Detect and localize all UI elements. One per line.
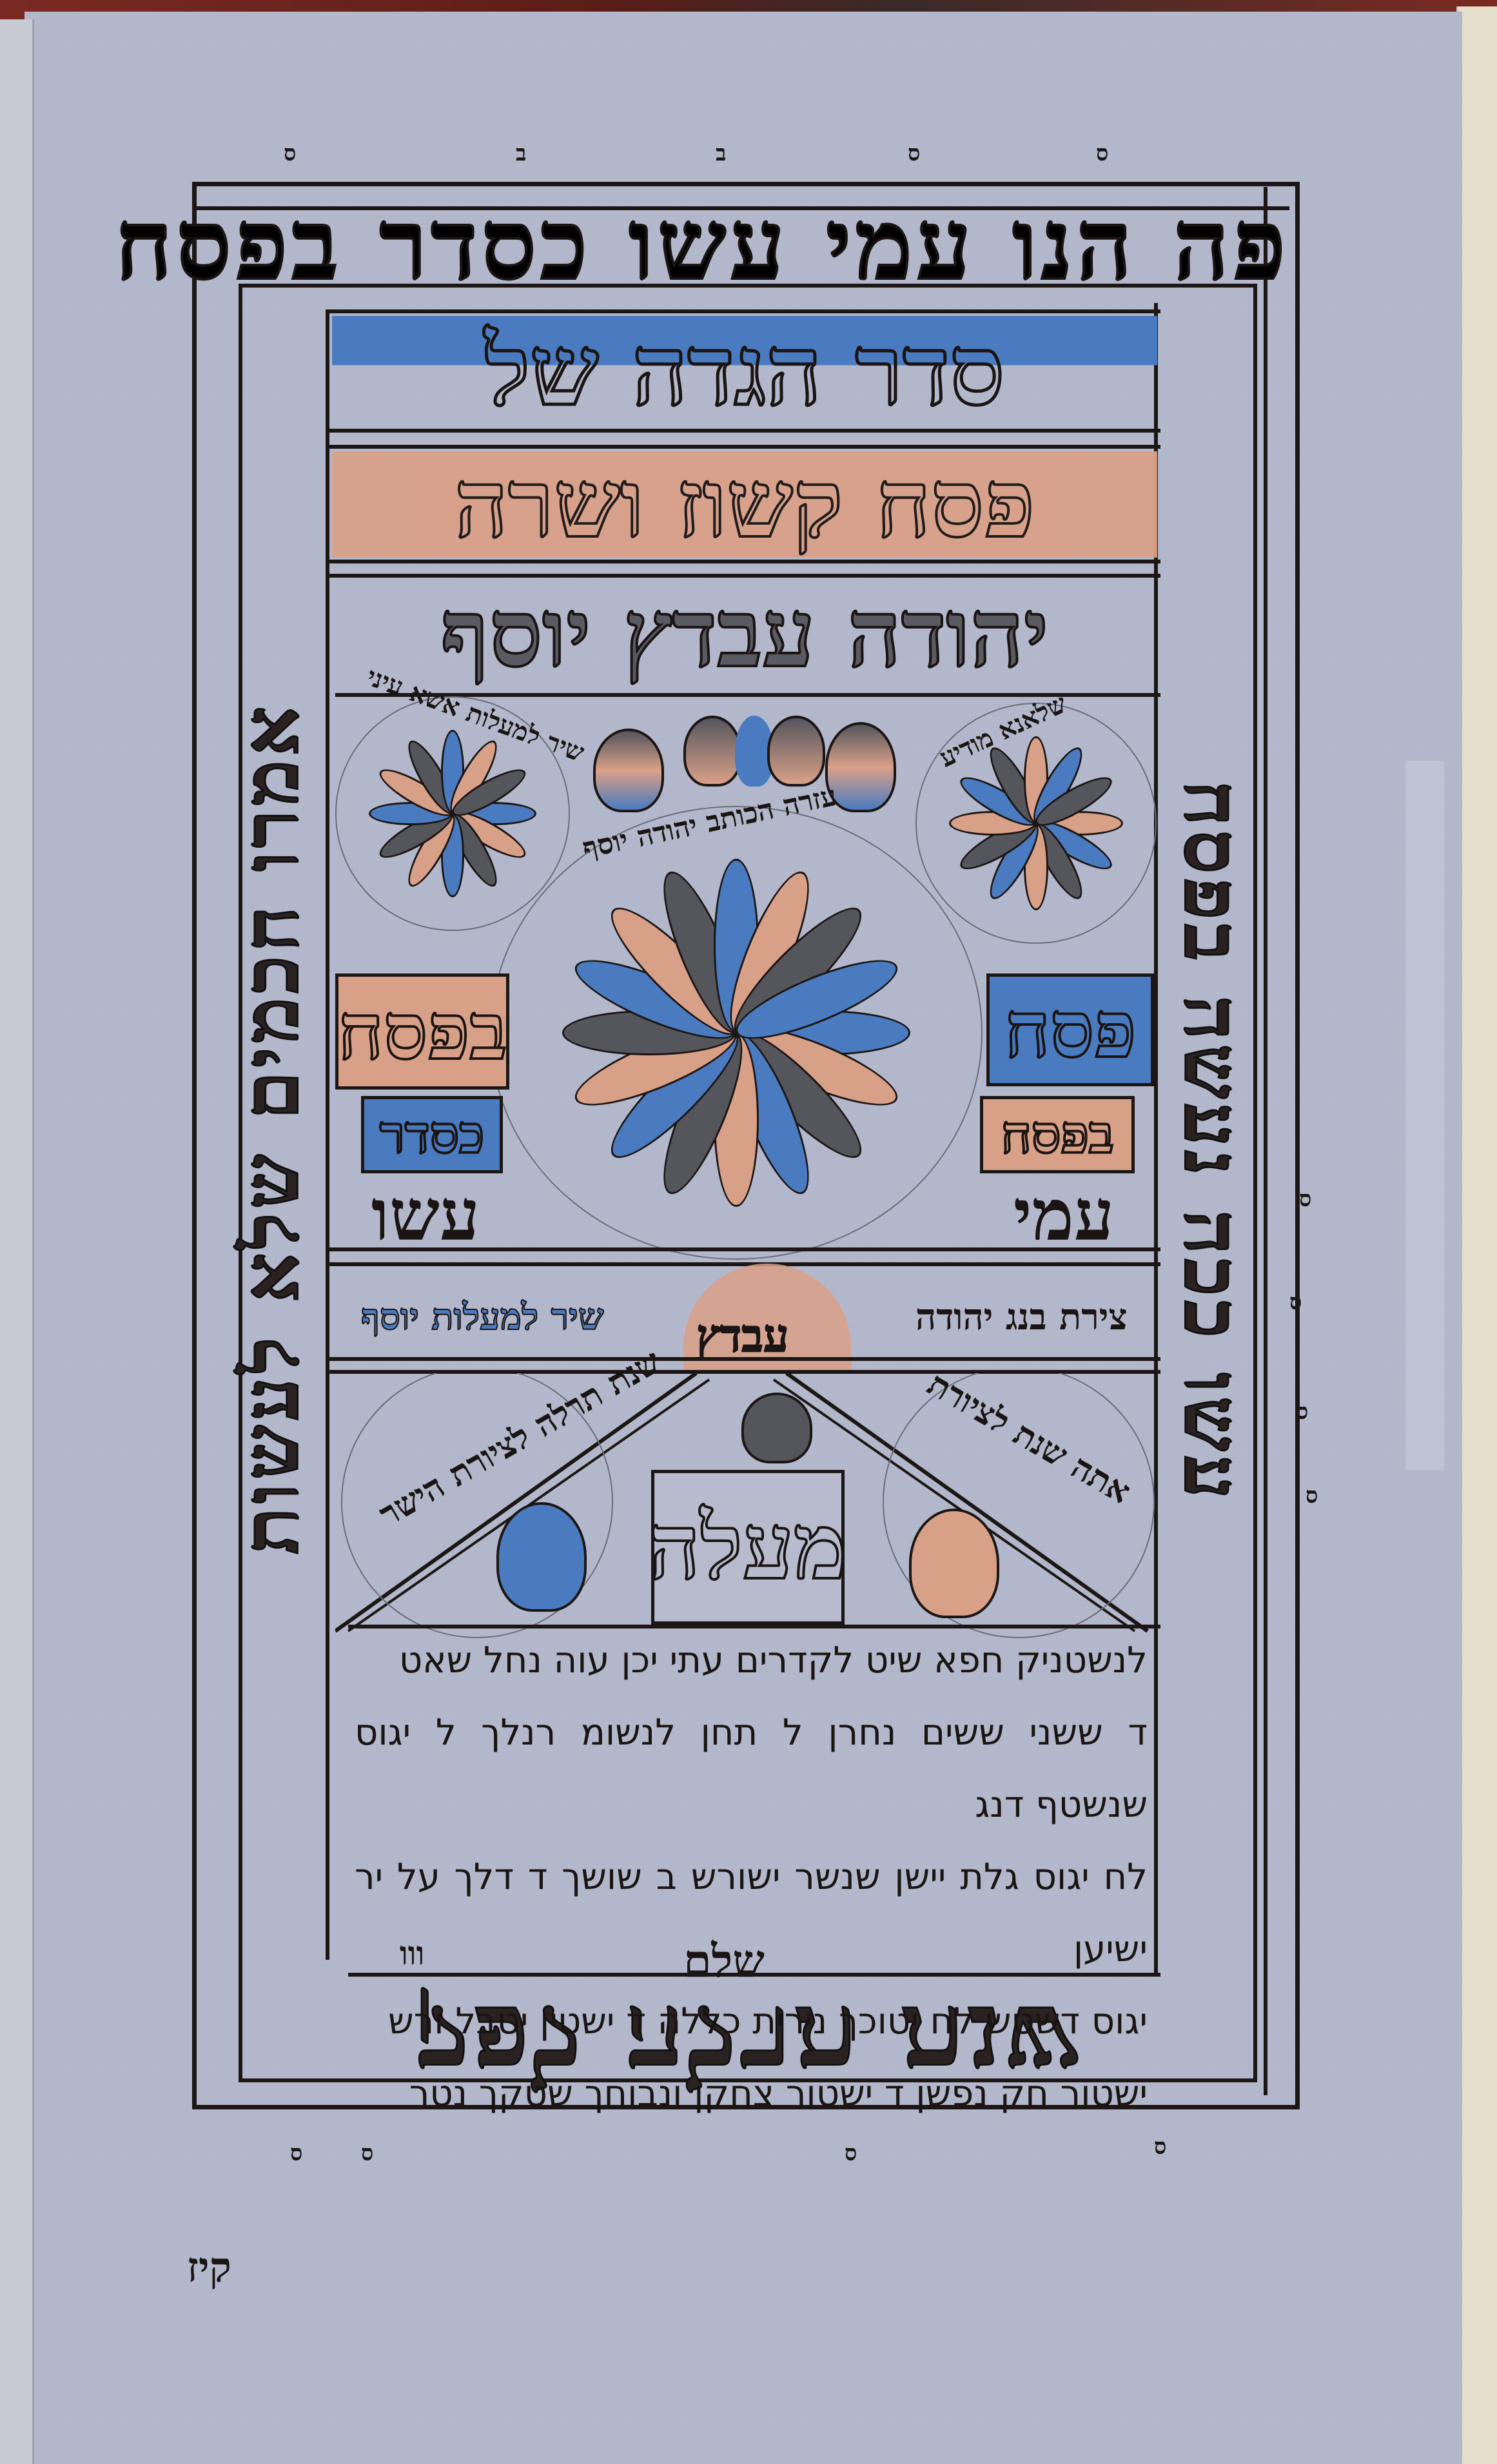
left-panel-middle: כסדר: [361, 1096, 503, 1173]
rule: [329, 574, 1160, 578]
guide-mark: ס: [1299, 1186, 1311, 1212]
folio-number: קיז: [187, 2244, 231, 2292]
left-panel-top: בפסח: [335, 973, 509, 1090]
title-line-2: פסח קשוז ושרה: [332, 451, 1157, 558]
body-line: לנשטניק חפא שיט לקדרים עתי יכן עוה נחל ש…: [355, 1625, 1148, 1697]
middle-band-right-text: צירת בנג יהודה: [915, 1296, 1128, 1338]
center-roundel: [490, 806, 983, 1260]
guide-mark: ס: [290, 2140, 302, 2166]
top-border-inscription: פה הנו עמי עשו כסדר בפסח: [206, 200, 1289, 290]
title-line-1: סדר הגדה של: [332, 316, 1157, 425]
guide-mark: ס: [1154, 2134, 1166, 2160]
rule: [329, 1247, 1160, 1251]
guide-mark: ס: [284, 141, 296, 166]
body-line: ד ששני ששים נחרן ל תחן לנשומ רנלך ל יגוס…: [355, 1697, 1148, 1841]
middle-band-center-text: עבדץ: [696, 1309, 789, 1363]
right-panel-bottom: עמי: [980, 1173, 1148, 1257]
rule: [329, 429, 1160, 433]
flourish: ווו: [400, 1934, 424, 1972]
right-panel-middle: בפסח: [980, 1096, 1135, 1173]
rule: [1264, 187, 1267, 2095]
center-cartouche: מעלה: [651, 1470, 845, 1625]
guide-mark: ס: [908, 141, 920, 166]
right-panel-top: פסח: [986, 973, 1154, 1086]
leaf-ornament: [683, 716, 741, 787]
guide-mark: ס: [1096, 141, 1108, 166]
body-line: ישטור חק נפשן ד ישטור צחקן ונבוחך שטקך נ…: [355, 2058, 1148, 2130]
rule: [329, 309, 1160, 313]
leaf-ornament: [593, 728, 664, 812]
blue-leaf-ornament: [496, 1502, 587, 1612]
right-border-inscription: עשו ככה נעשה בפסח: [1167, 271, 1258, 2012]
body-text: לנשטניק חפא שיט לקדרים עתי יכן עוה נחל ש…: [355, 1625, 1148, 2130]
title-line-3: יהודה עבדץ יוסף: [332, 579, 1157, 689]
guide-mark: ס: [845, 2140, 857, 2166]
guide-mark: ב: [516, 141, 526, 166]
body-line: יגוס דשטש לח יטוכך נירית כללה ד ישטין יט…: [355, 1986, 1148, 2058]
page-shadow: [1405, 761, 1444, 1470]
left-panel-bottom: עשו: [348, 1173, 503, 1257]
leaf-ornament: [767, 716, 825, 787]
rule: [348, 1973, 1160, 1977]
rule: [326, 309, 329, 1960]
guide-mark: ס: [361, 2140, 373, 2166]
left-border-inscription: אמרו חכמים שלא לעשות: [226, 259, 317, 1999]
middle-band-left-text: שיר למעלות יוסף: [361, 1296, 603, 1338]
grey-leaf-ornament: [741, 1393, 812, 1463]
rule: [329, 1357, 1160, 1361]
signature: שלם: [683, 1934, 765, 1988]
pink-leaf-ornament: [909, 1509, 999, 1618]
rule: [329, 1262, 1160, 1266]
guide-mark: ס: [1306, 1483, 1318, 1509]
page-edge: [1456, 6, 1497, 2464]
guide-mark: ב: [716, 141, 726, 166]
binding-stub: [0, 19, 34, 2464]
rule: [329, 560, 1160, 563]
rule: [329, 445, 1160, 449]
